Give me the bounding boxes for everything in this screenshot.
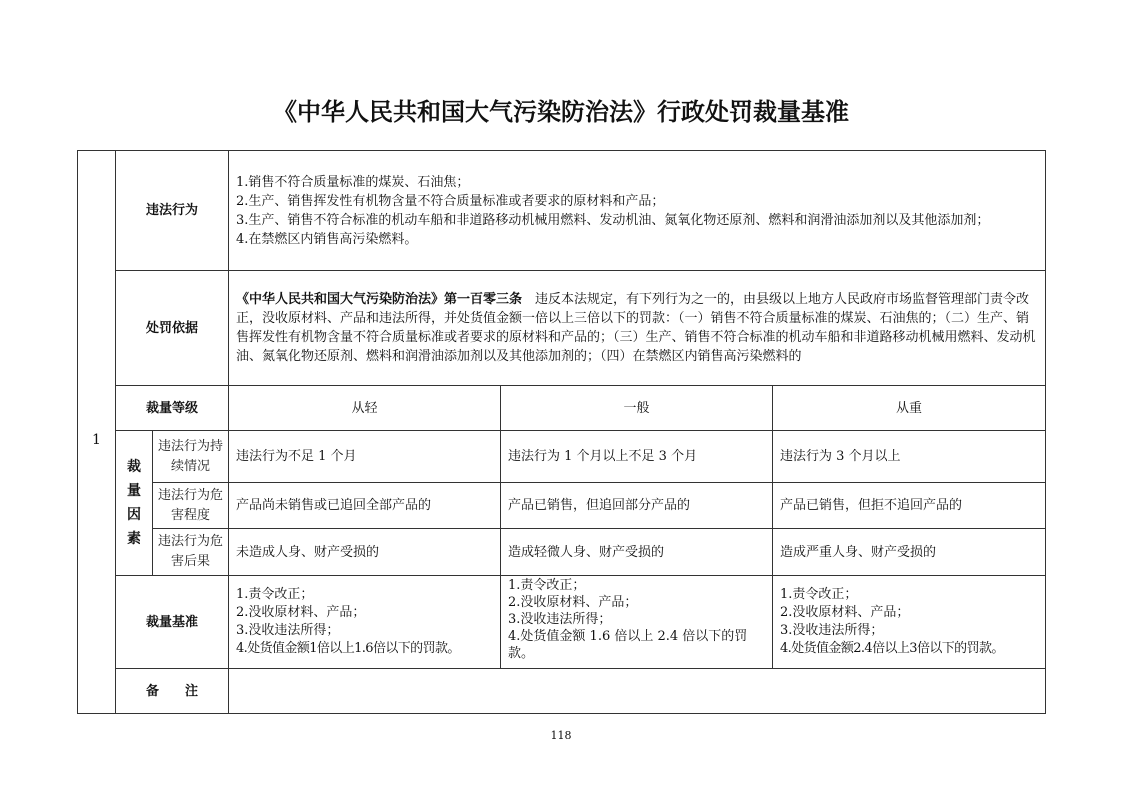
violation-content: 1.销售不符合质量标准的煤炭、石油焦； 2.生产、销售挥发性有机物含量不符合质量… (229, 151, 1046, 271)
factor-value: 产品已销售，但追回部分产品的 (501, 483, 773, 529)
violation-row: 1 违法行为 1.销售不符合质量标准的煤炭、石油焦； 2.生产、销售挥发性有机物… (78, 151, 1046, 271)
factor-value: 未造成人身、财产受损的 (229, 529, 501, 576)
levels-row: 裁量等级 从轻 一般 从重 (78, 386, 1046, 431)
level-general: 一般 (501, 386, 773, 431)
standard-label: 裁量基准 (116, 576, 229, 669)
factor-name: 违法行为危害后果 (153, 529, 229, 576)
level-lenient: 从轻 (229, 386, 501, 431)
factor-value: 违法行为 1 个月以上不足 3 个月 (501, 431, 773, 483)
factor-value: 违法行为不足 1 个月 (229, 431, 501, 483)
remarks-value (229, 669, 1046, 714)
page-number: 118 (0, 729, 1122, 742)
factor-name: 违法行为持续情况 (153, 431, 229, 483)
violation-line: 1.销售不符合质量标准的煤炭、石油焦； (236, 173, 1038, 192)
standard-general: 1.责令改正； 2.没收原材料、产品； 3.没收违法所得； 4.处货值金额 1.… (501, 576, 773, 669)
violation-line: 3.生产、销售不符合标准的机动车船和非道路移动机械用燃料、发动机油、氮氧化物还原… (236, 211, 1038, 230)
factor-row: 裁 量 因 素 违法行为持续情况 违法行为不足 1 个月 违法行为 1 个月以上… (78, 431, 1046, 483)
remarks-label: 备 注 (116, 669, 229, 714)
page-title: 《中华人民共和国大气污染防治法》行政处罚裁量基准 (0, 92, 1122, 127)
levels-label: 裁量等级 (116, 386, 229, 431)
factor-value: 产品已销售，但拒不追回产品的 (773, 483, 1046, 529)
item-number: 1 (78, 151, 116, 714)
standard-lenient: 1.责令改正； 2.没收原材料、产品； 3.没收违法所得； 4.处货值金额1倍以… (229, 576, 501, 669)
factor-value: 产品尚未销售或已追回全部产品的 (229, 483, 501, 529)
factor-row: 违法行为危害后果 未造成人身、财产受损的 造成轻微人身、财产受损的 造成严重人身… (78, 529, 1046, 576)
basis-label: 处罚依据 (116, 271, 229, 386)
violation-label: 违法行为 (116, 151, 229, 271)
factor-value: 违法行为 3 个月以上 (773, 431, 1046, 483)
factor-name: 违法行为危害程度 (153, 483, 229, 529)
standard-severe: 1.责令改正； 2.没收原材料、产品； 3.没收违法所得； 4.处货值金额2.4… (773, 576, 1046, 669)
factors-label: 裁 量 因 素 (116, 431, 153, 576)
basis-content: 《中华人民共和国大气污染防治法》第一百零三条 违反本法规定，有下列行为之一的，由… (229, 271, 1046, 386)
basis-row: 处罚依据 《中华人民共和国大气污染防治法》第一百零三条 违反本法规定，有下列行为… (78, 271, 1046, 386)
level-severe: 从重 (773, 386, 1046, 431)
factor-value: 造成轻微人身、财产受损的 (501, 529, 773, 576)
remarks-row: 备 注 (78, 669, 1046, 714)
violation-line: 2.生产、销售挥发性有机物含量不符合质量标准或者要求的原材料和产品； (236, 192, 1038, 211)
violation-line: 4.在禁燃区内销售高污染燃料。 (236, 230, 1038, 249)
factor-value: 造成严重人身、财产受损的 (773, 529, 1046, 576)
discretion-table: 1 违法行为 1.销售不符合质量标准的煤炭、石油焦； 2.生产、销售挥发性有机物… (77, 150, 1046, 714)
factor-row: 违法行为危害程度 产品尚未销售或已追回全部产品的 产品已销售，但追回部分产品的 … (78, 483, 1046, 529)
standard-row: 裁量基准 1.责令改正； 2.没收原材料、产品； 3.没收违法所得； 4.处货值… (78, 576, 1046, 669)
law-reference: 《中华人民共和国大气污染防治法》第一百零三条 (236, 292, 522, 307)
